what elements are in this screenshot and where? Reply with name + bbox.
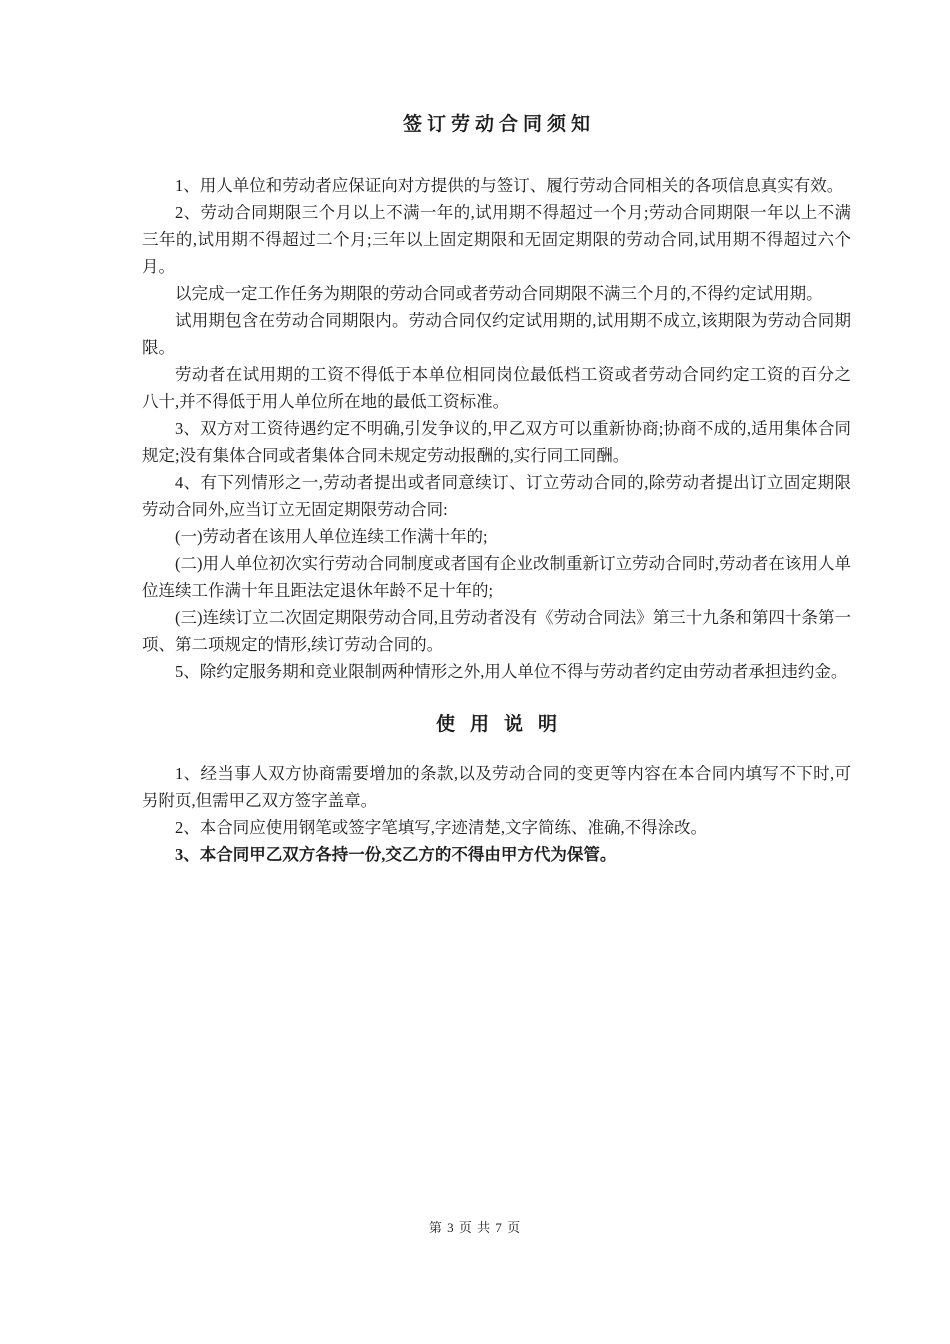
document-page: 签订劳动合同须知 1、用人单位和劳动者应保证向对方提供的与签订、履行劳动合同相关… xyxy=(0,0,950,1344)
instruction-paragraph: 2、本合同应使用钢笔或签字笔填写,字迹清楚,文字简练、准确,不得涂改。 xyxy=(142,814,851,841)
notice-paragraph: 4、有下列情形之一,劳动者提出或者同意续订、订立劳动合同的,除劳动者提出订立固定… xyxy=(142,469,851,523)
instruction-paragraph: 1、经当事人双方协商需要增加的条款,以及劳动合同的变更等内容在本合同内填写不下时… xyxy=(142,760,851,814)
notice-paragraph: 1、用人单位和劳动者应保证向对方提供的与签订、履行劳动合同相关的各项信息真实有效… xyxy=(142,172,851,199)
document-content: 签订劳动合同须知 1、用人单位和劳动者应保证向对方提供的与签订、履行劳动合同相关… xyxy=(142,110,851,868)
notice-list-item: (一)劳动者在该用人单位连续工作满十年的; xyxy=(142,523,851,550)
notice-paragraph: 3、双方对工资待遇约定不明确,引发争议的,甲乙双方可以重新协商;协商不成的,适用… xyxy=(142,415,851,469)
notice-paragraph: 劳动者在试用期的工资不得低于本单位相同岗位最低档工资或者劳动合同约定工资的百分之… xyxy=(142,361,851,415)
notice-paragraph: 2、劳动合同期限三个月以上不满一年的,试用期不得超过一个月;劳动合同期限一年以上… xyxy=(142,199,851,280)
notice-paragraph: 以完成一定工作任务为期限的劳动合同或者劳动合同期限不满三个月的,不得约定试用期。 xyxy=(142,280,851,307)
page-number-footer: 第 3 页 共 7 页 xyxy=(0,1219,950,1237)
notice-section-title: 签订劳动合同须知 xyxy=(142,110,851,140)
notice-paragraph: 5、除约定服务期和竞业限制两种情形之外,用人单位不得与劳动者约定由劳动者承担违约… xyxy=(142,658,851,685)
notice-list-item: (二)用人单位初次实行劳动合同制度或者国有企业改制重新订立劳动合同时,劳动者在该… xyxy=(142,550,851,604)
notice-paragraph: 试用期包含在劳动合同期限内。劳动合同仅约定试用期的,试用期不成立,该期限为劳动合… xyxy=(142,307,851,361)
instruction-paragraph-bold: 3、本合同甲乙双方各持一份,交乙方的不得由甲方代为保管。 xyxy=(142,841,851,868)
notice-list-item: (三)连续订立二次固定期限劳动合同,且劳动者没有《劳动合同法》第三十九条和第四十… xyxy=(142,604,851,658)
instructions-section-title: 使用说明 xyxy=(142,710,851,740)
